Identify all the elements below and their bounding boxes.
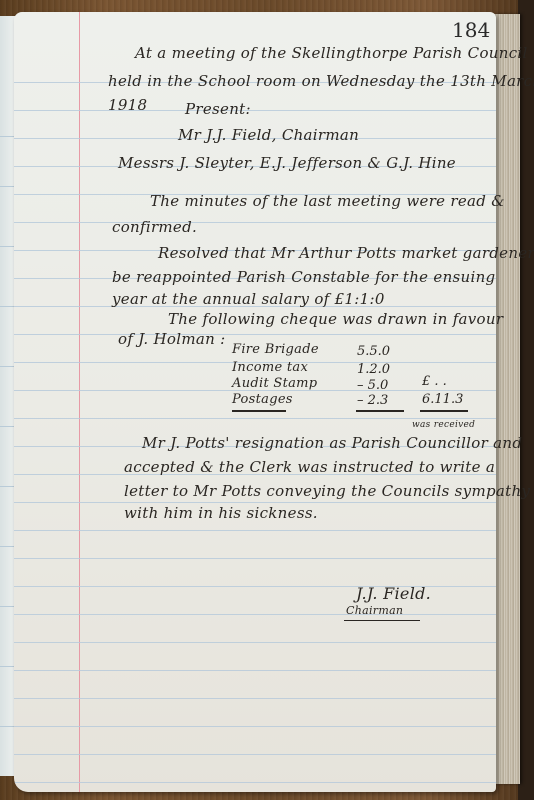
members-line: Messrs J. Sleyter, E.J. Jefferson & G.J.…: [118, 154, 456, 172]
present-label: Present:: [185, 100, 251, 118]
signature-name: J.J. Field.: [356, 584, 431, 603]
resolution-line-1: Resolved that Mr Arthur Potts market gar…: [158, 244, 534, 262]
cheque-item-label: Audit Stamp: [232, 376, 317, 391]
cheque-item-label: Income tax: [232, 360, 308, 375]
minutes-confirmed-line-1: The minutes of the last meeting were rea…: [150, 192, 505, 210]
signature-title: Chairman: [346, 604, 403, 617]
resignation-line-1: Mr J. Potts' resignation as Parish Counc…: [142, 434, 522, 452]
heading-line-3-year: 1918: [108, 96, 147, 114]
cheque-item-amount: – 5.0: [357, 378, 388, 393]
resolution-line-2: be reappointed Parish Constable for the …: [112, 268, 495, 286]
cheque-line-2: of J. Holman :: [118, 330, 226, 348]
cheque-item-amount: – 2.3: [357, 393, 388, 408]
signature-underline: [344, 620, 420, 621]
resignation-line-3: letter to Mr Potts conveying the Council…: [124, 482, 530, 500]
page-number: 184: [452, 18, 490, 42]
page-stack-edges: [494, 14, 520, 784]
heading-line-2: held in the School room on Wednesday the…: [108, 72, 534, 90]
cheque-line-1: The following cheque was drawn in favour: [168, 310, 503, 328]
chairman-line: Mr J.J. Field, Chairman: [178, 126, 359, 144]
resolution-line-3: year at the annual salary of £1:1:0: [112, 290, 385, 308]
underline: [356, 410, 404, 412]
cheque-total: 6.11.3: [422, 392, 463, 407]
inserted-text: was received: [412, 420, 475, 430]
resignation-line-4: with him in his sickness.: [124, 504, 318, 522]
cheque-item-label: Fire Brigade: [232, 342, 319, 357]
cheque-item-amount: 1.2.0: [357, 362, 390, 377]
cheque-total-header: £ . .: [422, 374, 447, 389]
underline: [420, 410, 468, 412]
margin-line: [79, 12, 80, 792]
book-cover-edge: [518, 0, 534, 800]
resignation-line-2: accepted & the Clerk was instructed to w…: [124, 458, 495, 476]
heading-line-1: At a meeting of the Skellingthorpe Paris…: [135, 44, 528, 62]
cheque-item-label: Postages: [232, 392, 293, 407]
cheque-item-amount: 5.5.0: [357, 344, 390, 359]
underline: [232, 410, 286, 412]
minutes-confirmed-line-2: confirmed.: [112, 218, 197, 236]
